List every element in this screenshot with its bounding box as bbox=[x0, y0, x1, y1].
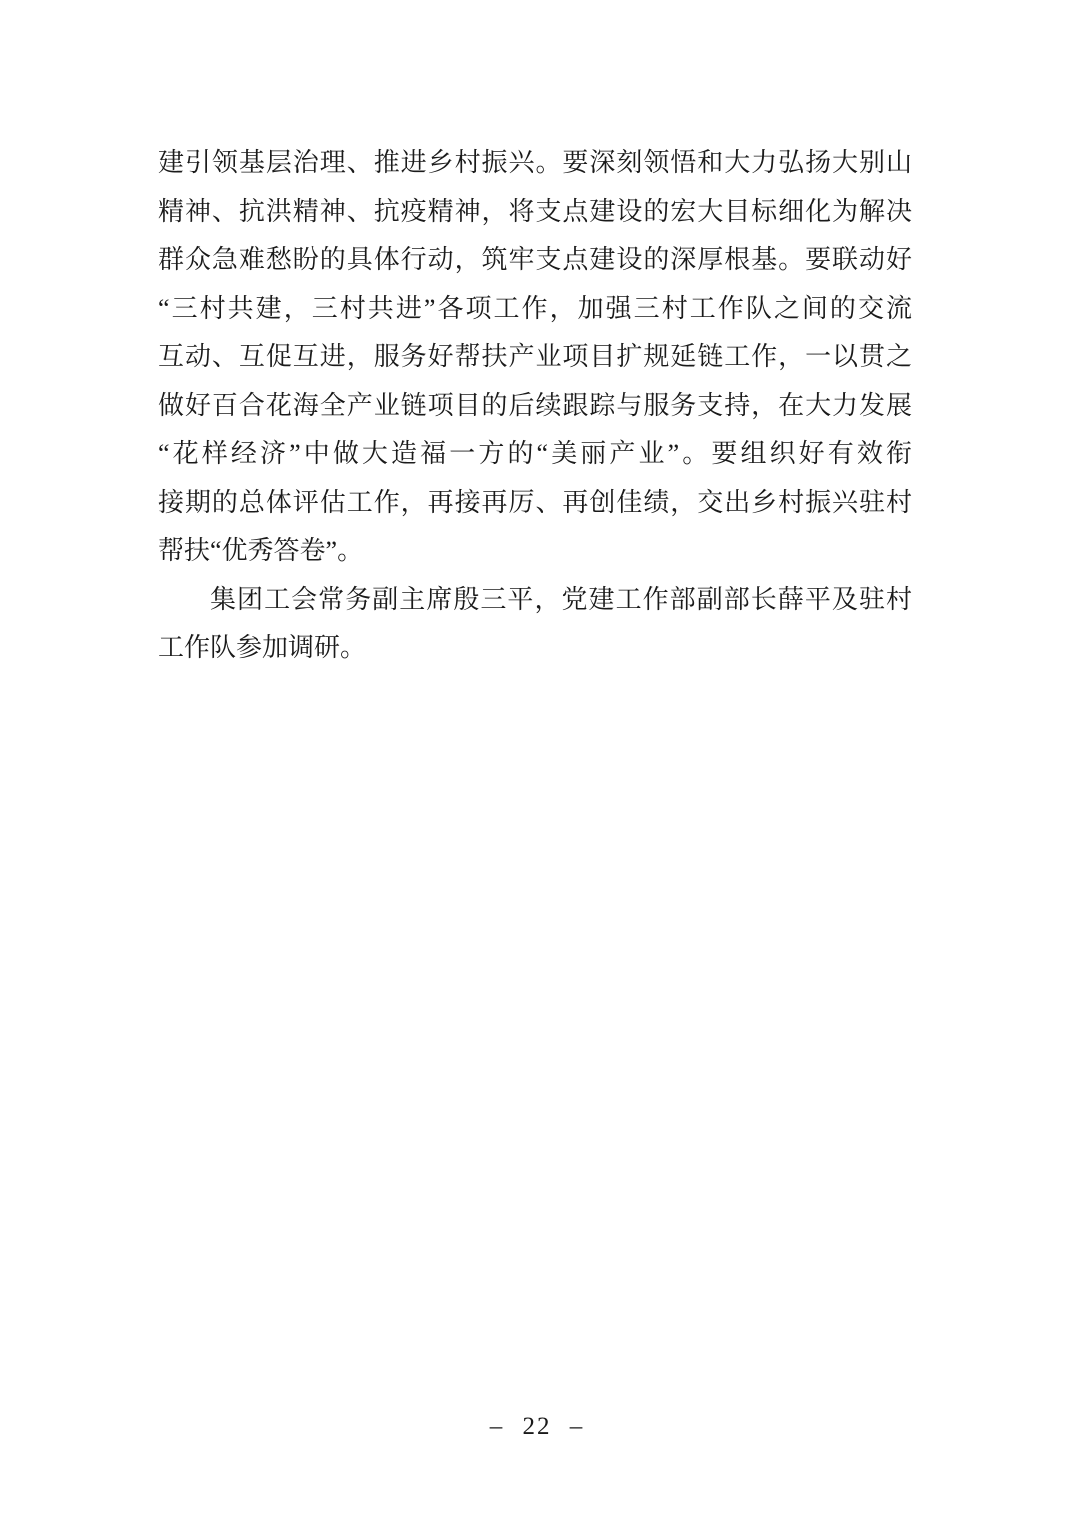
body-line-paragraph-start: 集团工会常务副主席殷三平，党建工作部副部长薛平及驻村 bbox=[158, 576, 912, 625]
body-text: 建引领基层治理、推进乡村振兴。要深刻领悟和大力弘扬大别山 精神、抗洪精神、抗疫精… bbox=[158, 139, 912, 673]
body-line: 接期的总体评估工作，再接再厉、再创佳绩，交出乡村振兴驻村 bbox=[158, 479, 912, 528]
document-page: 建引领基层治理、推进乡村振兴。要深刻领悟和大力弘扬大别山 精神、抗洪精神、抗疫精… bbox=[0, 0, 1074, 1520]
body-line-paragraph-end: 工作队参加调研。 bbox=[158, 624, 912, 673]
body-line: 群众急难愁盼的具体行动，筑牢支点建设的深厚根基。要联动好 bbox=[158, 236, 912, 285]
body-line: 建引领基层治理、推进乡村振兴。要深刻领悟和大力弘扬大别山 bbox=[158, 139, 912, 188]
body-line: “三村共建，三村共进”各项工作，加强三村工作队之间的交流 bbox=[158, 285, 912, 334]
body-line: “花样经济”中做大造福一方的“美丽产业”。要组织好有效衔 bbox=[158, 430, 912, 479]
body-line: 做好百合花海全产业链项目的后续跟踪与服务支持，在大力发展 bbox=[158, 382, 912, 431]
body-line-paragraph-end: 帮扶“优秀答卷”。 bbox=[158, 527, 912, 576]
body-line: 精神、抗洪精神、抗疫精神，将支点建设的宏大目标细化为解决 bbox=[158, 188, 912, 237]
body-line: 互动、互促互进，服务好帮扶产业项目扩规延链工作，一以贯之 bbox=[158, 333, 912, 382]
page-number: – 22 – bbox=[0, 1413, 1074, 1441]
